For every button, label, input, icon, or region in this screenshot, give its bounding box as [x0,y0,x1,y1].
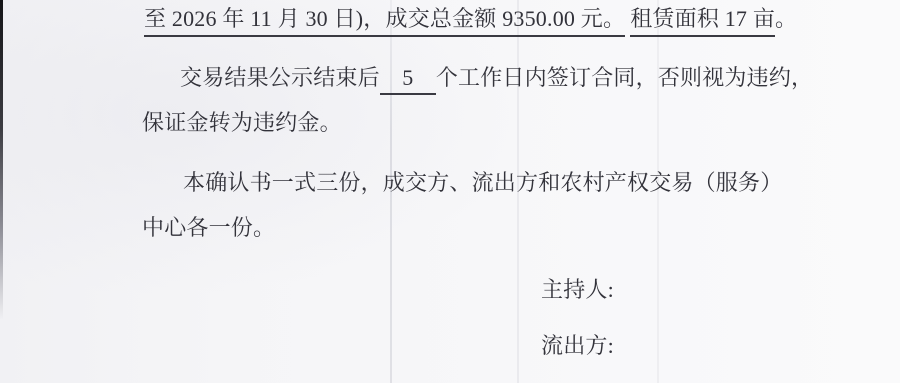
blank-field-days: 5 [380,67,436,95]
contract-line-amount: 至 2026 年 11 月 30 日)，成交总金额 9350.00 元。租赁面积… [144,8,797,30]
deposit-text: 保证金转为违约金。 [142,110,342,135]
scan-edge-left [0,0,3,320]
deadline-suffix: 个工作日内签订合同，否则视为违约， [436,65,813,90]
transferor-signature-label: 流出方: [541,335,614,357]
deadline-prefix: 交易结果公示结束后 [180,65,380,90]
contract-line-copies-cont: 中心各一份。 [142,217,275,239]
trailing-period: 。 [775,6,797,31]
copies-text: 本确认书一式三份，成交方、流出方和农村产权交易（服务） [183,170,782,195]
copies-cont-text: 中心各一份。 [142,215,275,240]
host-label-text: 主持人: [541,277,614,302]
host-signature-label: 主持人: [541,279,614,301]
amount-underlined-text: 至 2026 年 11 月 30 日)，成交总金额 9350.00 元。 [144,6,625,37]
document-page: 至 2026 年 11 月 30 日)，成交总金额 9350.00 元。租赁面积… [0,0,900,383]
contract-line-copies: 本确认书一式三份，成交方、流出方和农村产权交易（服务） [183,172,782,194]
contract-line-deposit: 保证金转为违约金。 [142,112,342,134]
area-underlined-text: 租赁面积 17 亩 [630,6,775,37]
transferor-label-text: 流出方: [541,333,614,358]
contract-line-sign-deadline: 交易结果公示结束后5个工作日内签订合同，否则视为违约， [180,67,813,95]
